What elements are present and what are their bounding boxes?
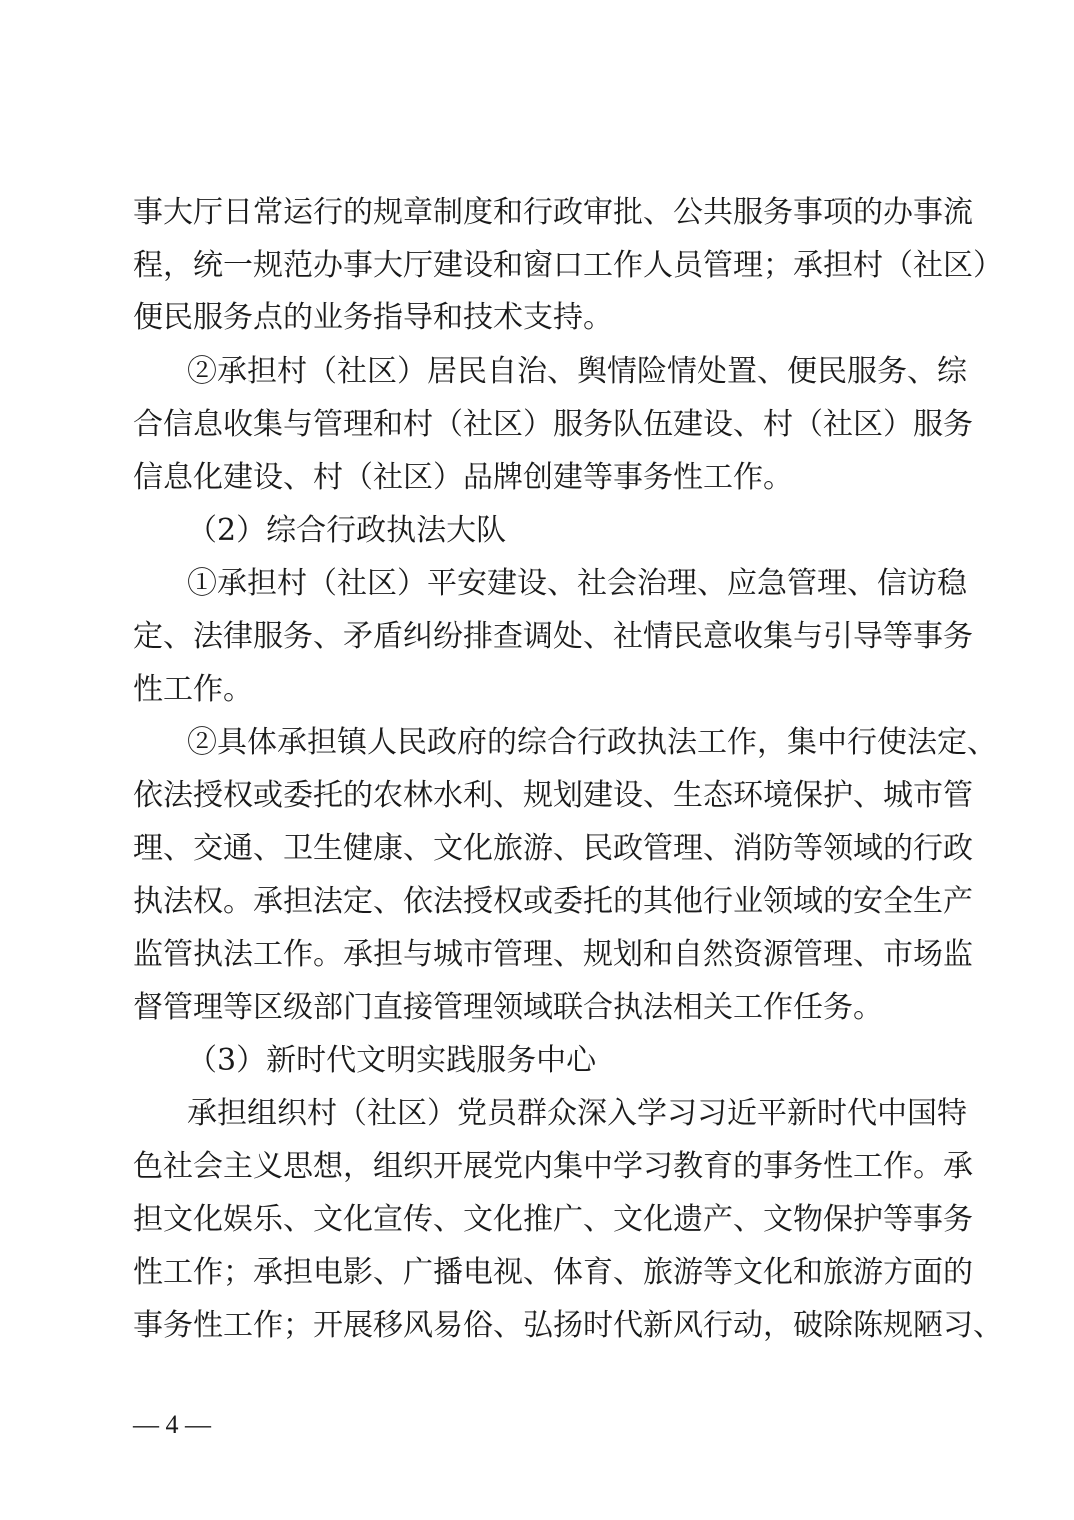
text-line: 监管执法工作。承担与城市管理、规划和自然资源管理、市场监 <box>133 935 945 975</box>
section-heading: （3）新时代文明实践服务中心 <box>187 1041 596 1081</box>
text-line: 理、交通、卫生健康、文化旅游、民政管理、消防等领域的行政 <box>133 829 945 869</box>
section-heading: （2）综合行政执法大队 <box>187 511 506 551</box>
text-line: 合信息收集与管理和村（社区）服务队伍建设、村（社区）服务 <box>133 405 945 445</box>
text-line: ②具体承担镇人民政府的综合行政执法工作，集中行使法定、 <box>187 723 945 763</box>
text-line: 定、法律服务、矛盾纠纷排查调处、社情民意收集与引导等事务 <box>133 617 945 657</box>
text-line: 督管理等区级部门直接管理领域联合执法相关工作任务。 <box>133 988 945 1028</box>
text-line: 执法权。承担法定、依法授权或委托的其他行业领域的安全生产 <box>133 882 945 922</box>
text-line: 色社会主义思想，组织开展党内集中学习教育的事务性工作。承 <box>133 1147 945 1187</box>
text-line: 性工作；承担电影、广播电视、体育、旅游等文化和旅游方面的 <box>133 1253 945 1293</box>
text-line: 程，统一规范办事大厅建设和窗口工作人员管理；承担村（社区） <box>133 246 945 286</box>
page-number: — 4 — <box>133 1408 211 1442</box>
document-page: 事大厅日常运行的规章制度和行政审批、公共服务事项的办事流程，统一规范办事大厅建设… <box>0 0 1074 1520</box>
text-line: ①承担村（社区）平安建设、社会治理、应急管理、信访稳 <box>187 564 945 604</box>
text-line: 担文化娱乐、文化宣传、文化推广、文化遗产、文物保护等事务 <box>133 1200 945 1240</box>
text-line: 承担组织村（社区）党员群众深入学习习近平新时代中国特 <box>187 1094 945 1134</box>
text-line: 信息化建设、村（社区）品牌创建等事务性工作。 <box>133 458 945 498</box>
text-line: 性工作。 <box>133 670 945 710</box>
text-line: 便民服务点的业务指导和技术支持。 <box>133 298 945 338</box>
text-line: ②承担村（社区）居民自治、舆情险情处置、便民服务、综 <box>187 352 945 392</box>
text-line: 事大厅日常运行的规章制度和行政审批、公共服务事项的办事流 <box>133 193 945 233</box>
text-line: 事务性工作；开展移风易俗、弘扬时代新风行动，破除陈规陋习、 <box>133 1306 945 1346</box>
text-line: 依法授权或委托的农林水利、规划建设、生态环境保护、城市管 <box>133 776 945 816</box>
